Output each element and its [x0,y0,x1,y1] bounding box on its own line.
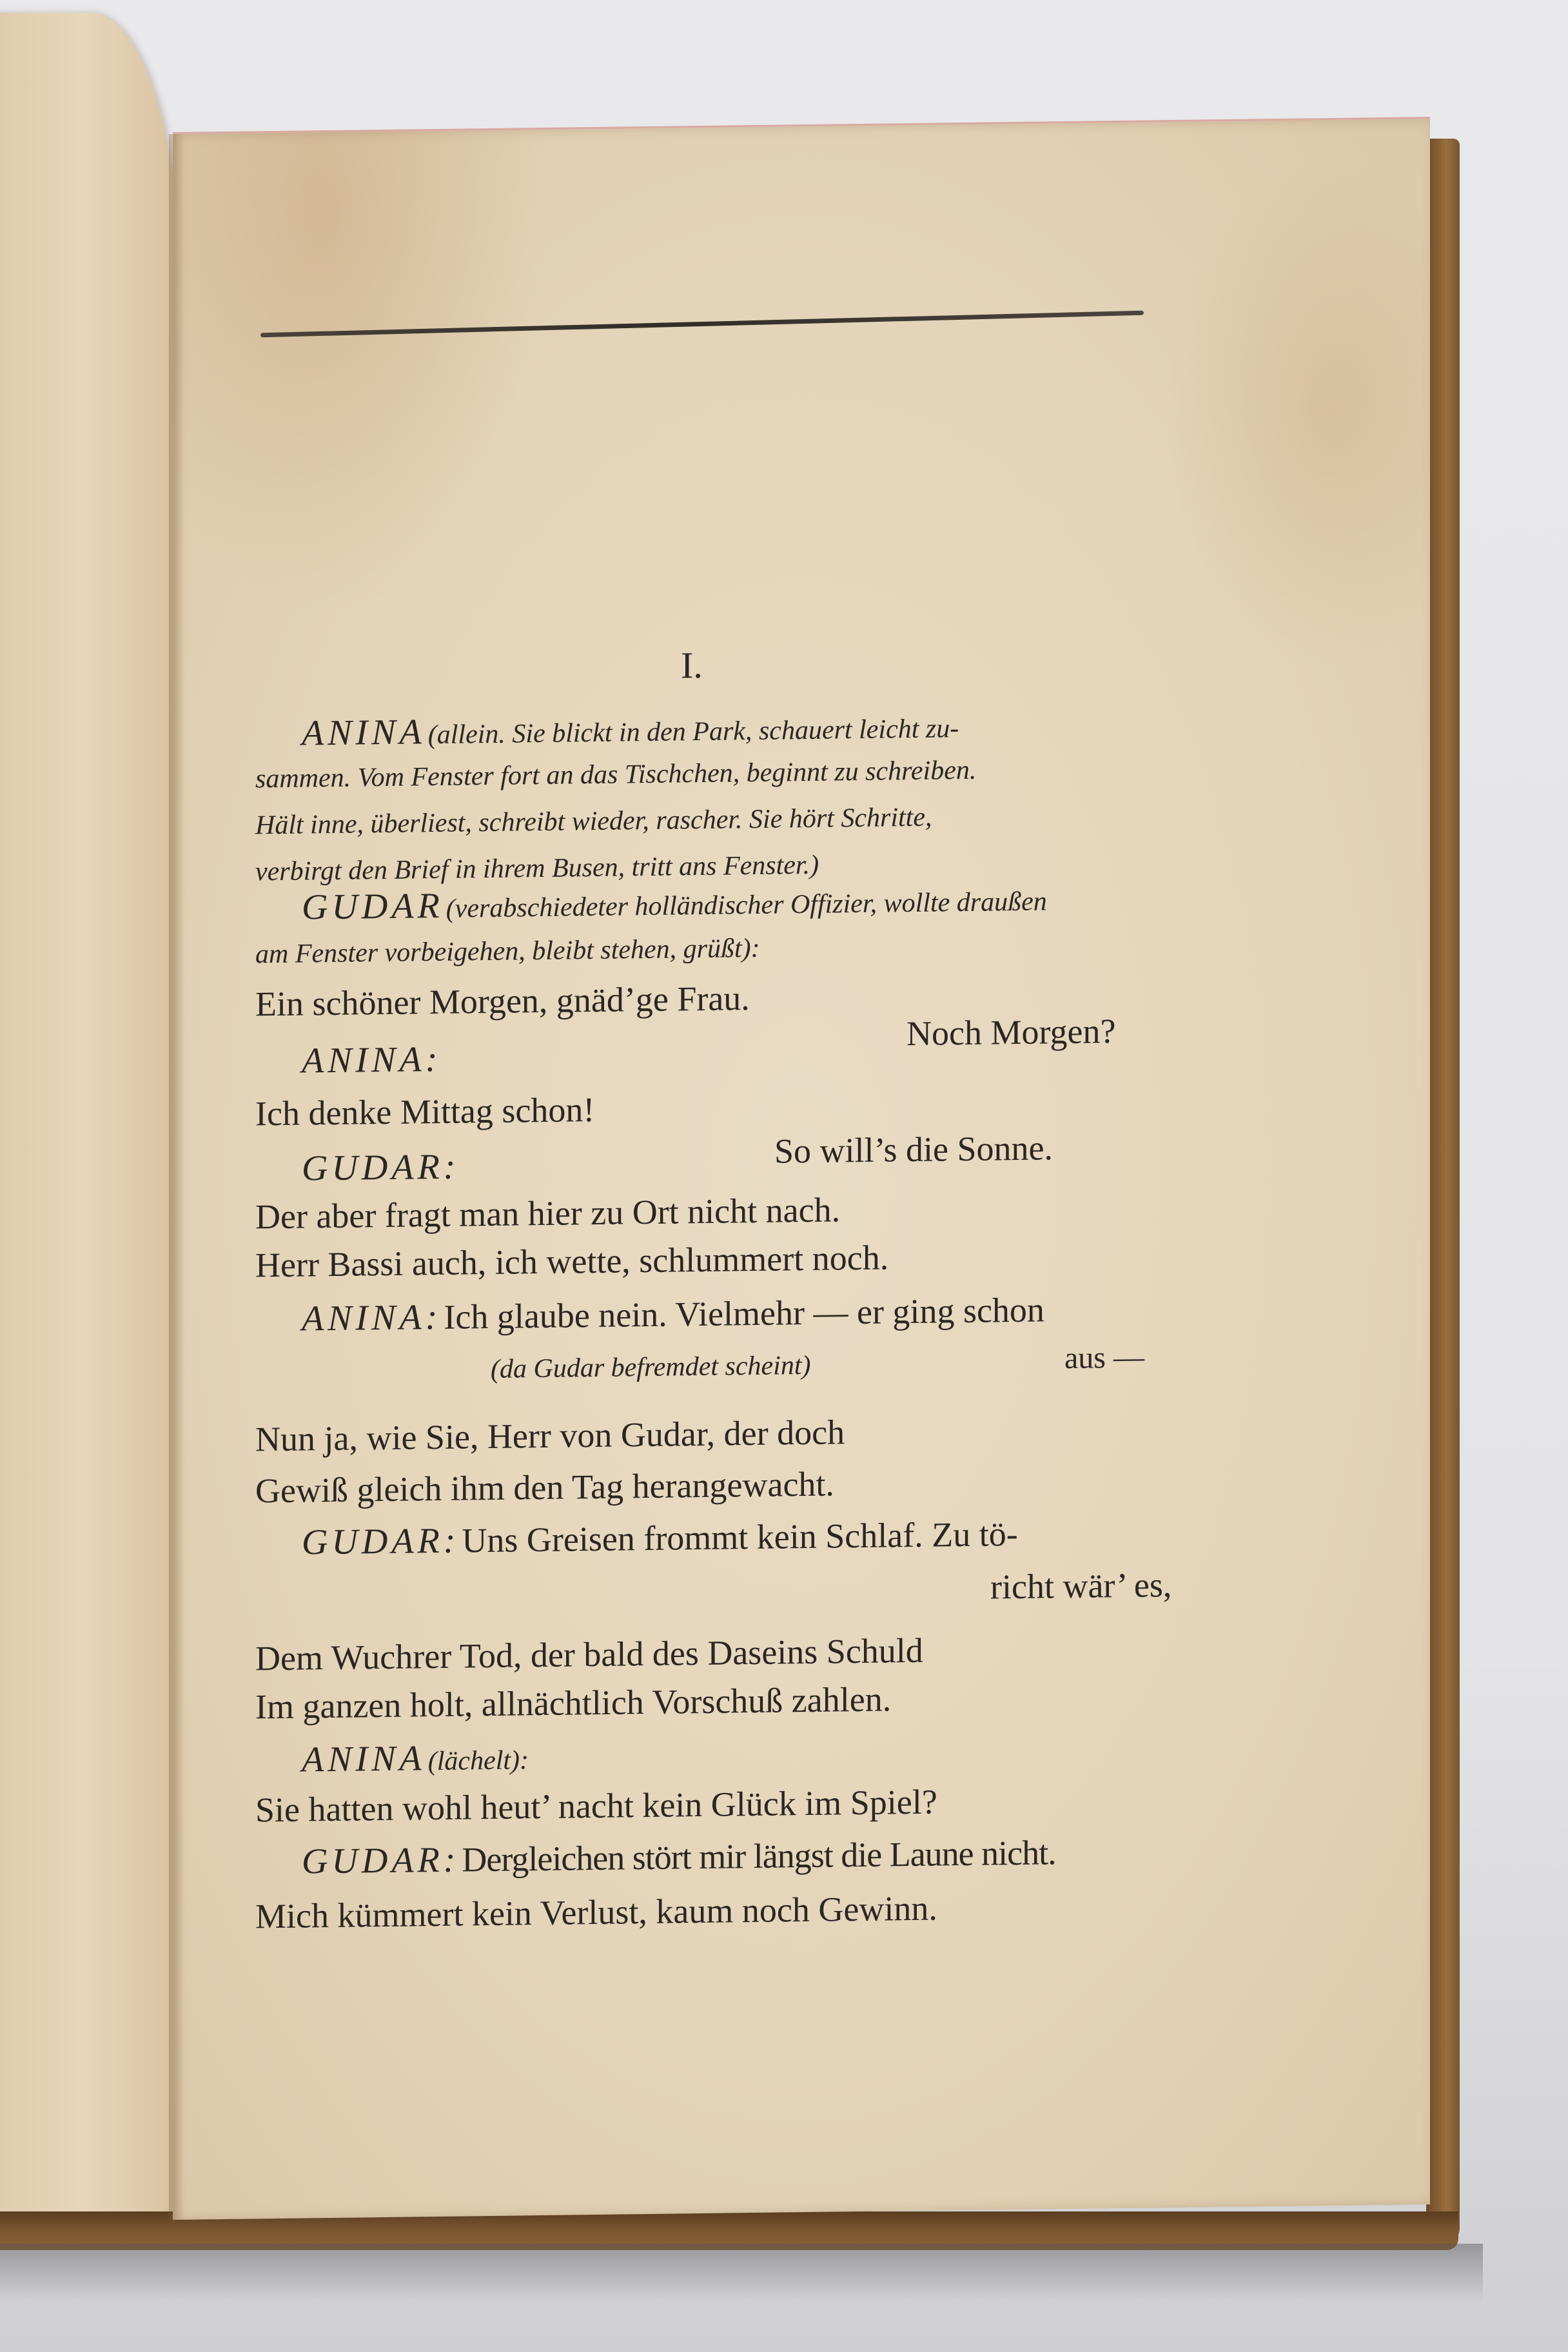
stage-direction-text: (allein. Sie blickt in den Park, schauer… [428,714,959,750]
speaker-name: ANINA [302,712,426,753]
verse-line: Im ganzen holt, allnächtlich Vorschuß za… [255,1679,891,1727]
speaker-name: GUDAR: [302,1521,459,1563]
stage-direction-text: (lächelt): [428,1745,529,1776]
verse-line: Ein schöner Morgen, gnäd’ge Frau. [255,978,750,1024]
speaker-line: GUDAR: [302,1146,459,1190]
stage-direction-anina: ANINA (allein. Sie blickt in den Park, s… [255,700,1313,713]
page-content: I. ANINA (allein. Sie blickt in den Park… [255,120,1351,2197]
verse-line: Gewiß gleich ihm den Tag herangewacht. [255,1464,834,1511]
stage-aside: (da Gudar befremdet scheint) [491,1350,811,1385]
verse-line: Mich kümmert kein Verlust, kaum noch Gew… [255,1888,937,1937]
verse-line: Sie hatten wohl heut’ nacht kein Glück i… [255,1782,937,1830]
stage-direction-text: (da Gudar befremdet scheint) [491,1351,811,1384]
book-binding-right [1426,139,1460,2240]
verse-text: Uns Greisen frommt kein Schlaf. Zu tö- [462,1514,1017,1560]
speaker-line: ANINA: [302,1039,441,1082]
header-rule [260,311,1144,338]
verse-line: Ich denke Mittag schon! [255,1090,594,1133]
speaker-line: ANINA: Ich glaube nein. Vielmehr — er gi… [302,1289,1044,1339]
book-shadow [0,2244,1483,2302]
section-number: I. [681,643,703,687]
verse-line: Herr Bassi auch, ich wette, schlummert n… [255,1237,888,1285]
verse-continuation: richt wär’ es, [990,1565,1171,1607]
verse-continuation: Noch Morgen? [906,1011,1115,1053]
verse-continuation: So will’s die Sonne. [774,1128,1053,1171]
speaker-line: GUDAR: Uns Greisen frommt kein Schlaf. Z… [302,1513,1018,1563]
verse-text: Dergleichen stört mir längst die Laune n… [462,1833,1055,1879]
gutter-shadow [169,134,184,2220]
verse-line: Der aber fragt man hier zu Ort nicht nac… [255,1190,840,1237]
speaker-line: GUDAR: Dergleichen stört mir längst die … [302,1832,1056,1882]
speaker-name: GUDAR: [302,1147,459,1189]
stage-direction-text: Hält inne, überliest, schreibt wieder, r… [255,802,932,841]
verse-continuation: aus — [1064,1340,1144,1377]
speaker-name: GUDAR: [302,1840,459,1882]
book-page: I. ANINA (allein. Sie blickt in den Park… [173,117,1430,2220]
stage-direction-text: sammen. Vom Fenster fort an das Tischche… [255,755,976,795]
left-page-edge [0,13,181,2231]
speaker-name: ANINA: [302,1297,441,1339]
speaker-name: ANINA: [302,1039,441,1081]
stage-direction-text: am Fenster vorbeigehen, bleibt stehen, g… [255,933,760,970]
verse-line: Dem Wuchrer Tod, der bald des Daseins Sc… [255,1631,923,1679]
dialogue: Ein schöner Morgen, gnäd’ge Frau. ANINA:… [255,971,1313,984]
speaker-name: GUDAR [302,886,444,928]
speaker-name: ANINA [302,1738,426,1779]
stage-direction-text: (verabschiedeter holländischer Offizier,… [446,887,1047,923]
verse-text: Ich glaube nein. Vielmehr — er ging scho… [444,1290,1044,1336]
verse-line: Nun ja, wie Sie, Herr von Gudar, der doc… [255,1412,845,1459]
speaker-line: ANINA (lächelt): [302,1736,529,1780]
